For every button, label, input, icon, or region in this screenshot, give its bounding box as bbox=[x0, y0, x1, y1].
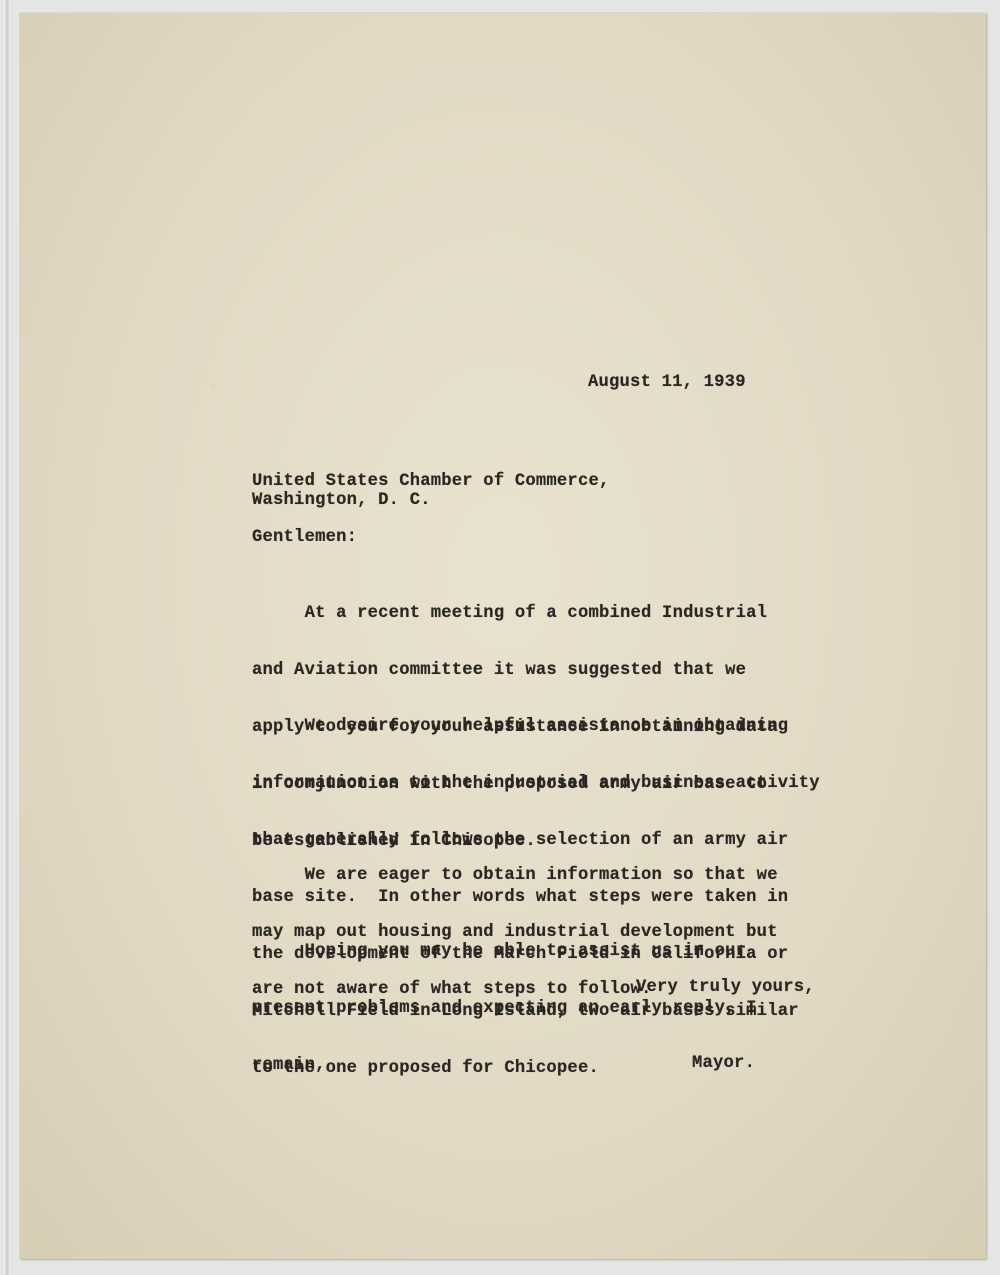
paragraph-line: and Aviation committee it was suggested … bbox=[252, 661, 778, 680]
paragraph-4: Hoping you may be able to assist us in o… bbox=[252, 904, 757, 1094]
paragraph-line: At a recent meeting of a combined Indust… bbox=[252, 604, 778, 623]
paragraph-line: information as to the industrial and bus… bbox=[252, 774, 820, 793]
recipient-line-2: Washington, D. C. bbox=[252, 491, 431, 510]
signature-title: Mayor. bbox=[692, 1054, 755, 1073]
recipient-line-1: United States Chamber of Commerce, bbox=[252, 472, 609, 491]
paragraph-line: present problems and expecting an early … bbox=[252, 999, 757, 1018]
paragraph-line: We are eager to obtain information so th… bbox=[252, 866, 778, 885]
salutation: Gentlemen: bbox=[252, 528, 357, 547]
scan-sleeve-edge bbox=[4, 0, 10, 1275]
letter-date: August 11, 1939 bbox=[588, 373, 746, 392]
paragraph-line: We desire your helpful assistance in obt… bbox=[252, 717, 820, 736]
closing: Very truly yours, bbox=[636, 978, 815, 997]
paragraph-line: Hoping you may be able to assist us in o… bbox=[252, 942, 757, 961]
paragraph-line: remain, bbox=[252, 1056, 757, 1075]
